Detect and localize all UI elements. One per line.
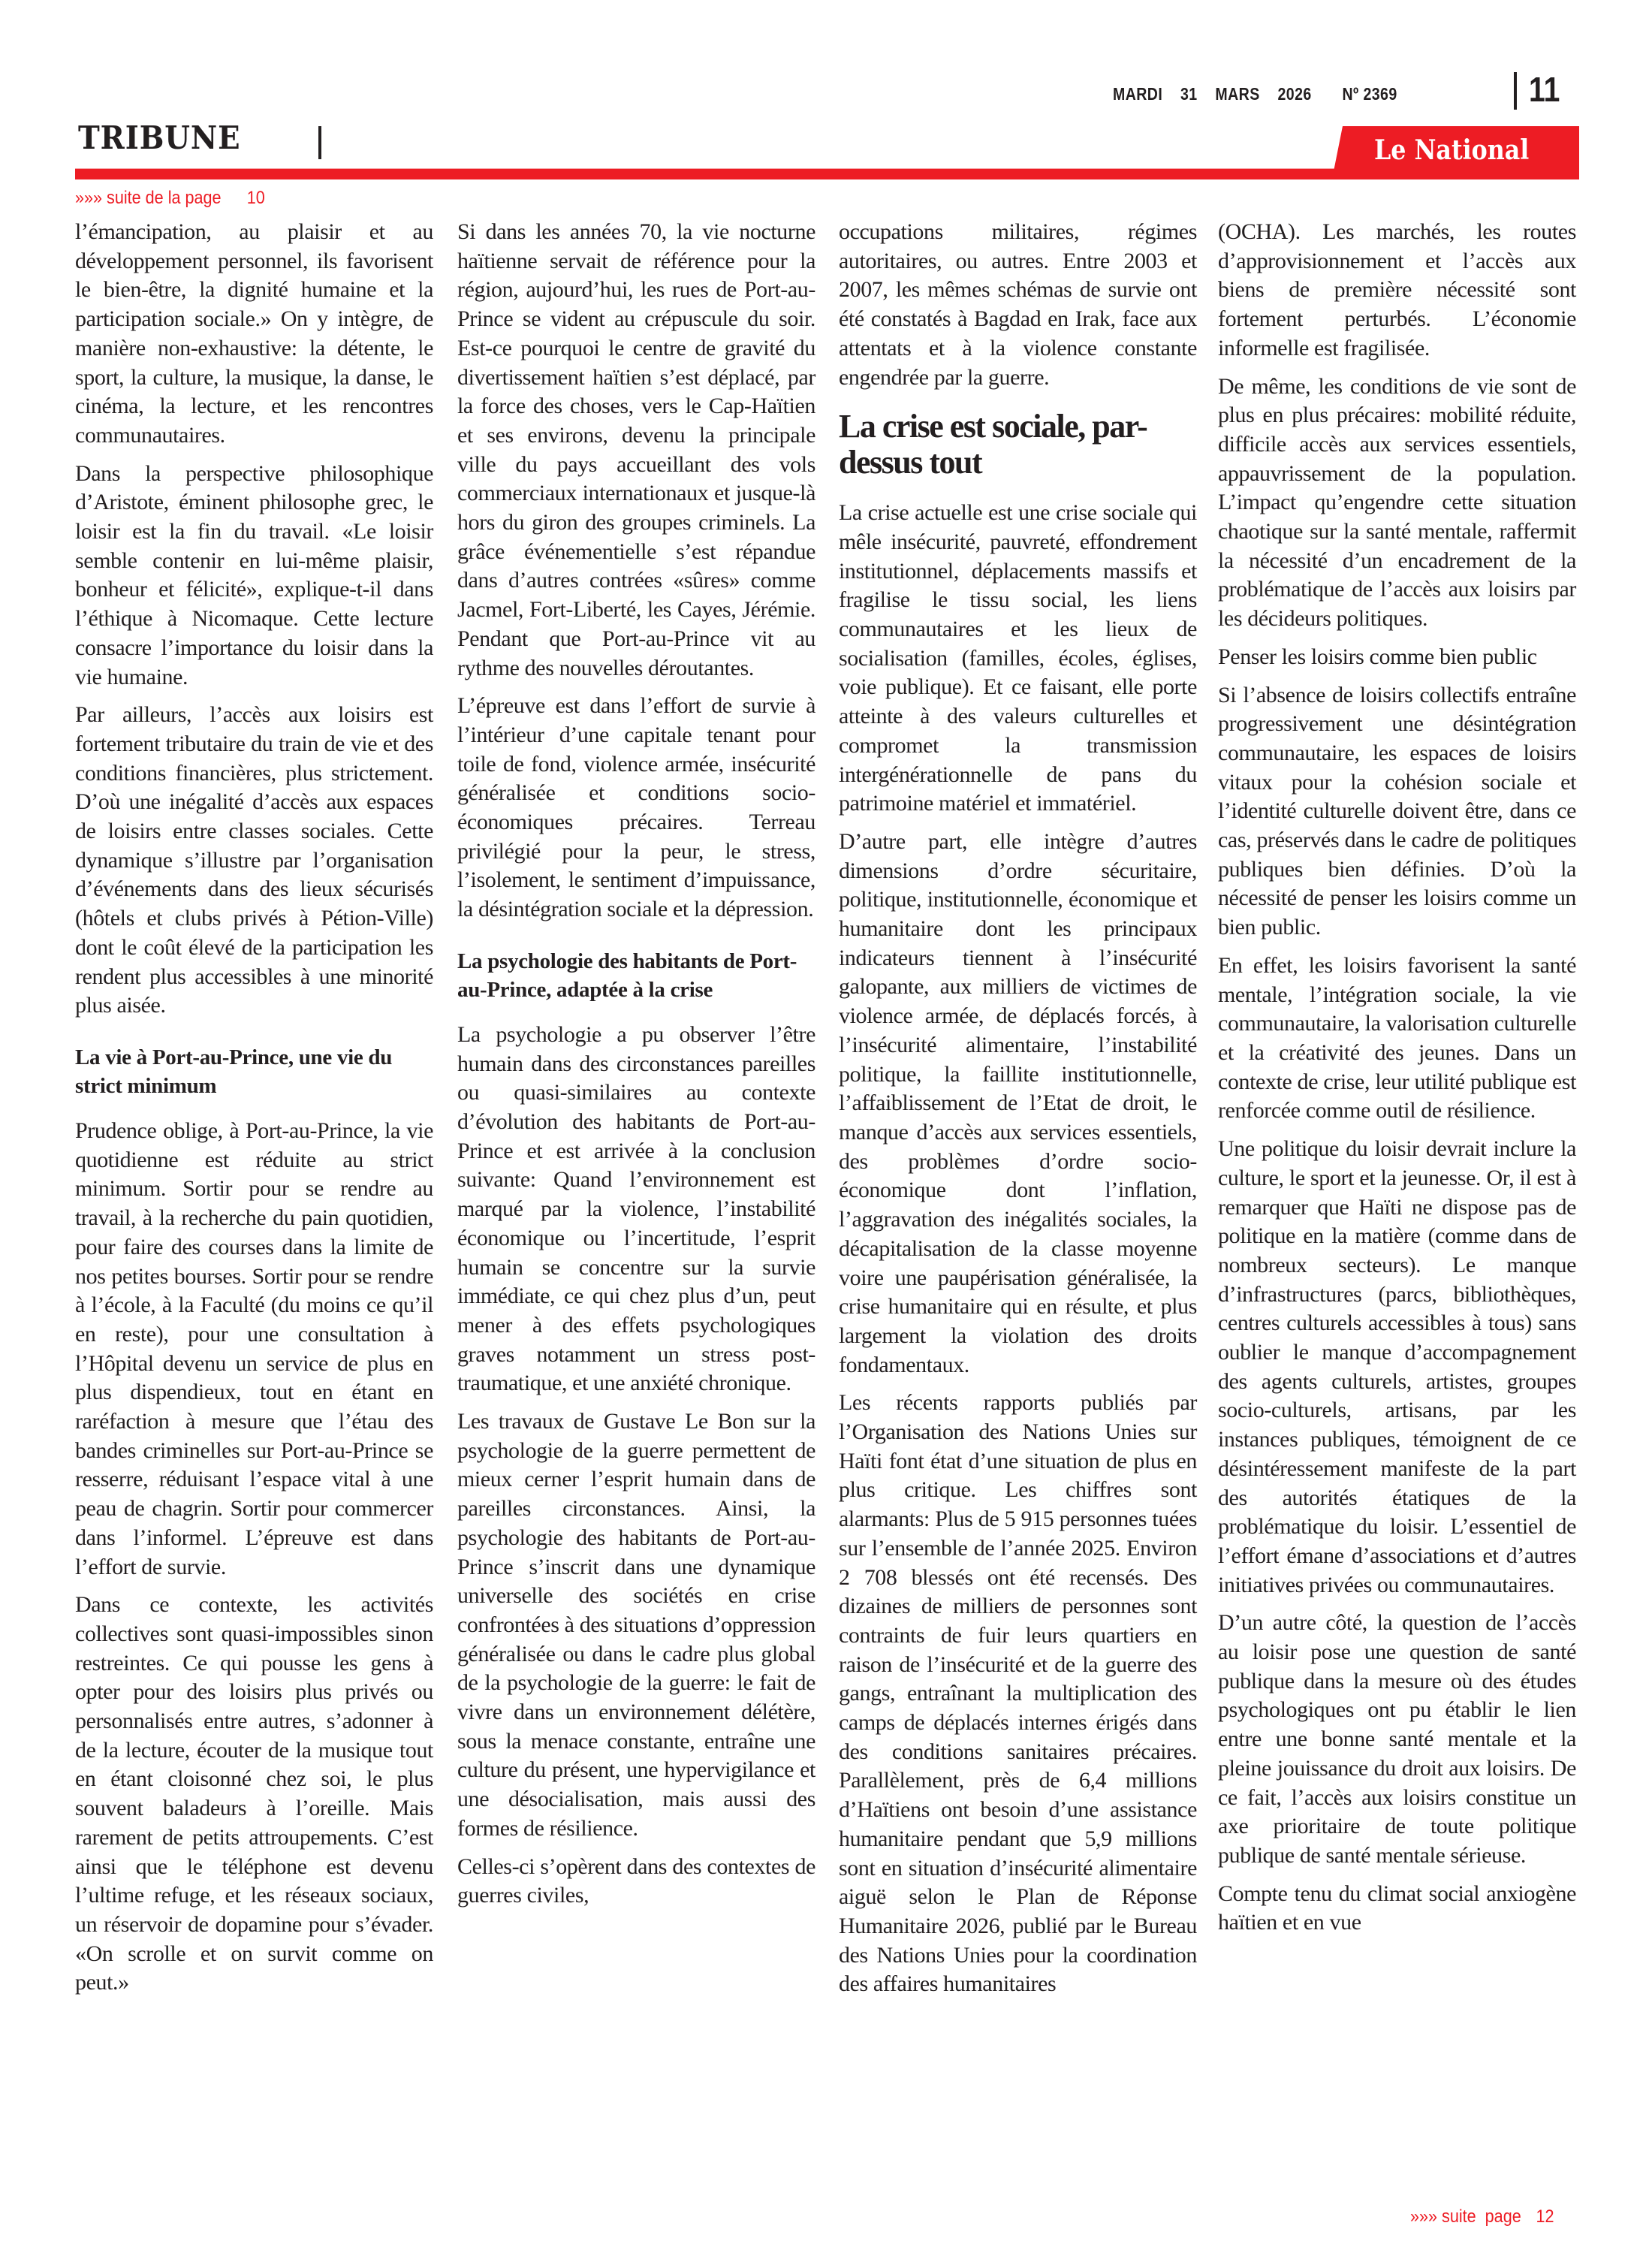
section-divider [318, 126, 321, 159]
headline-crise-sociale: La crise est sociale, par-dessus tout [839, 409, 1197, 481]
paragraph: Dans ce contexte, les activités collecti… [75, 1591, 433, 1998]
paragraph: Compte tenu du climat social anxiogène h… [1218, 1880, 1576, 1938]
paragraph: D’autre part, elle intègre d’autres dime… [839, 828, 1197, 1380]
paragraph: Celles-ci s’opèrent dans des contextes d… [457, 1853, 815, 1911]
paragraph: l’émancipation, au plaisir et au dévelop… [75, 218, 433, 451]
paragraph: Si dans les années 70, la vie nocturne h… [457, 218, 815, 683]
continued-from-link[interactable]: »»» suite de la page10 [75, 188, 265, 209]
issue-date-line: MARDI31MARS2026Nº 2369 [1113, 84, 1415, 104]
paragraph: Les récents rapports publiés par l’Organ… [839, 1389, 1197, 1999]
article-column-4: (OCHA). Les marchés, les routes d’approv… [1218, 218, 1576, 1938]
issue-year: 2026 [1277, 84, 1311, 104]
paragraph: En effet, les loisirs favorisent la sant… [1218, 952, 1576, 1126]
article-column-3: occupations militaires, régimes autorita… [839, 218, 1197, 2008]
paragraph: (OCHA). Les marchés, les routes d’approv… [1218, 218, 1576, 363]
continued-on-page: 12 [1536, 2206, 1554, 2227]
subheading-vie-port-au-prince: La vie à Port-au-Prince, une vie du stri… [75, 1043, 433, 1100]
paragraph: D’un autre côté, la question de l’accès … [1218, 1609, 1576, 1870]
paragraph: Par ailleurs, l’accès aux loisirs est fo… [75, 701, 433, 1021]
paragraph: Une politique du loisir devrait inclure … [1218, 1135, 1576, 1600]
newspaper-name: Le National [1374, 132, 1529, 168]
article-column-1: l’émancipation, au plaisir et au dévelop… [75, 218, 433, 2007]
continued-from-page: 10 [247, 188, 265, 208]
issue-date: 31 [1180, 84, 1198, 104]
page-number-divider [1514, 72, 1517, 110]
issue-month: MARS [1215, 84, 1259, 104]
paragraph: occupations militaires, régimes autorita… [839, 218, 1197, 392]
paragraph: Dans la perspective philosophique d’Aris… [75, 460, 433, 692]
continued-on-link[interactable]: »»» suite page12 [1410, 2206, 1554, 2227]
paragraph: De même, les conditions de vie sont de p… [1218, 372, 1576, 634]
continued-from-label: »»» suite de la page [75, 188, 222, 208]
article-column-2: Si dans les années 70, la vie nocturne h… [457, 218, 815, 1920]
paragraph: Les travaux de Gustave Le Bon sur la psy… [457, 1407, 815, 1844]
paragraph: La psychologie a pu observer l’être huma… [457, 1021, 815, 1398]
paragraph: L’épreuve est dans l’effort de survie à … [457, 692, 815, 924]
issue-day: MARDI [1113, 84, 1162, 104]
kicker-biens-publics: Penser les loisirs comme bien public [1218, 643, 1576, 672]
issue-number: Nº 2369 [1342, 84, 1397, 104]
section-title: TRIBUNE [78, 120, 241, 156]
page-number: 11 [1529, 71, 1560, 108]
paragraph: La crise actuelle est une crise sociale … [839, 499, 1197, 819]
paragraph: Si l’absence de loisirs collectifs entra… [1218, 681, 1576, 943]
paragraph: Prudence oblige, à Port-au-Prince, la vi… [75, 1117, 433, 1582]
subheading-psychologie: La psychologie des habitants de Port-au-… [457, 947, 815, 1004]
continued-on-label: »»» suite page [1410, 2206, 1521, 2227]
